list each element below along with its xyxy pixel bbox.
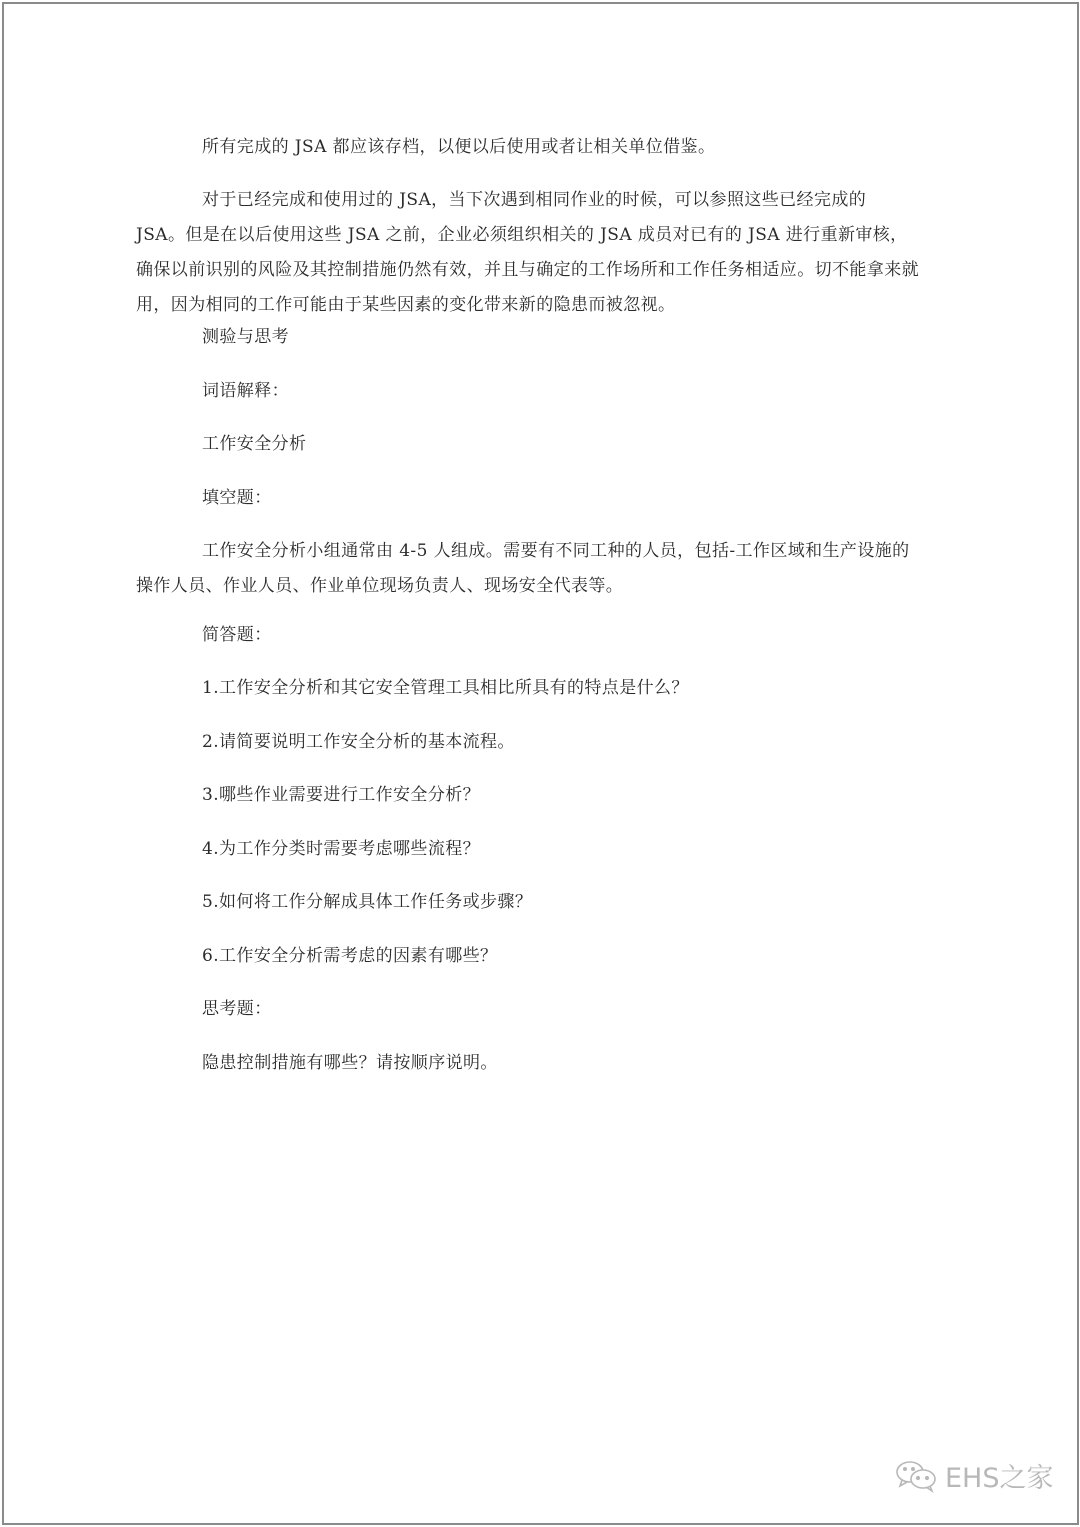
question-item: 2.请简要说明工作安全分析的基本流程。 bbox=[202, 727, 515, 757]
watermark-text: EHS之家 bbox=[945, 1456, 1054, 1495]
wechat-icon bbox=[895, 1459, 939, 1493]
question-item: 1.工作安全分析和其它安全管理工具相比所具有的特点是什么？ bbox=[202, 673, 689, 703]
question-item: 6.工作安全分析需考虑的因素有哪些？ bbox=[202, 941, 497, 971]
short-answer-heading: 简答题： bbox=[202, 620, 272, 650]
thinking-question: 隐患控制措施有哪些？请按顺序说明。 bbox=[202, 1048, 498, 1078]
term-section-heading: 词语解释： bbox=[202, 376, 289, 406]
paragraph-archive: 所有完成的 JSA 都应该存档，以便以后使用或者让相关单位借鉴。 bbox=[136, 130, 920, 165]
paragraph-reuse: 对于已经完成和使用过的 JSA，当下次遇到相同作业的时候，可以参照这些已经完成的… bbox=[136, 183, 920, 323]
question-item: 5.如何将工作分解成具体工作任务或步骤？ bbox=[202, 887, 532, 917]
term-item: 工作安全分析 bbox=[202, 429, 306, 459]
fill-section-heading: 填空题： bbox=[202, 483, 272, 513]
fill-section-text: 工作安全分析小组通常由 4-5 人组成。需要有不同工种的人员，包括-工作区域和生… bbox=[136, 534, 920, 604]
quiz-title: 测验与思考 bbox=[202, 322, 289, 352]
question-item: 3.哪些作业需要进行工作安全分析？ bbox=[202, 780, 480, 810]
watermark: EHS之家 bbox=[895, 1456, 1054, 1495]
thinking-section-heading: 思考题： bbox=[202, 994, 272, 1024]
question-item: 4.为工作分类时需要考虑哪些流程？ bbox=[202, 834, 480, 864]
